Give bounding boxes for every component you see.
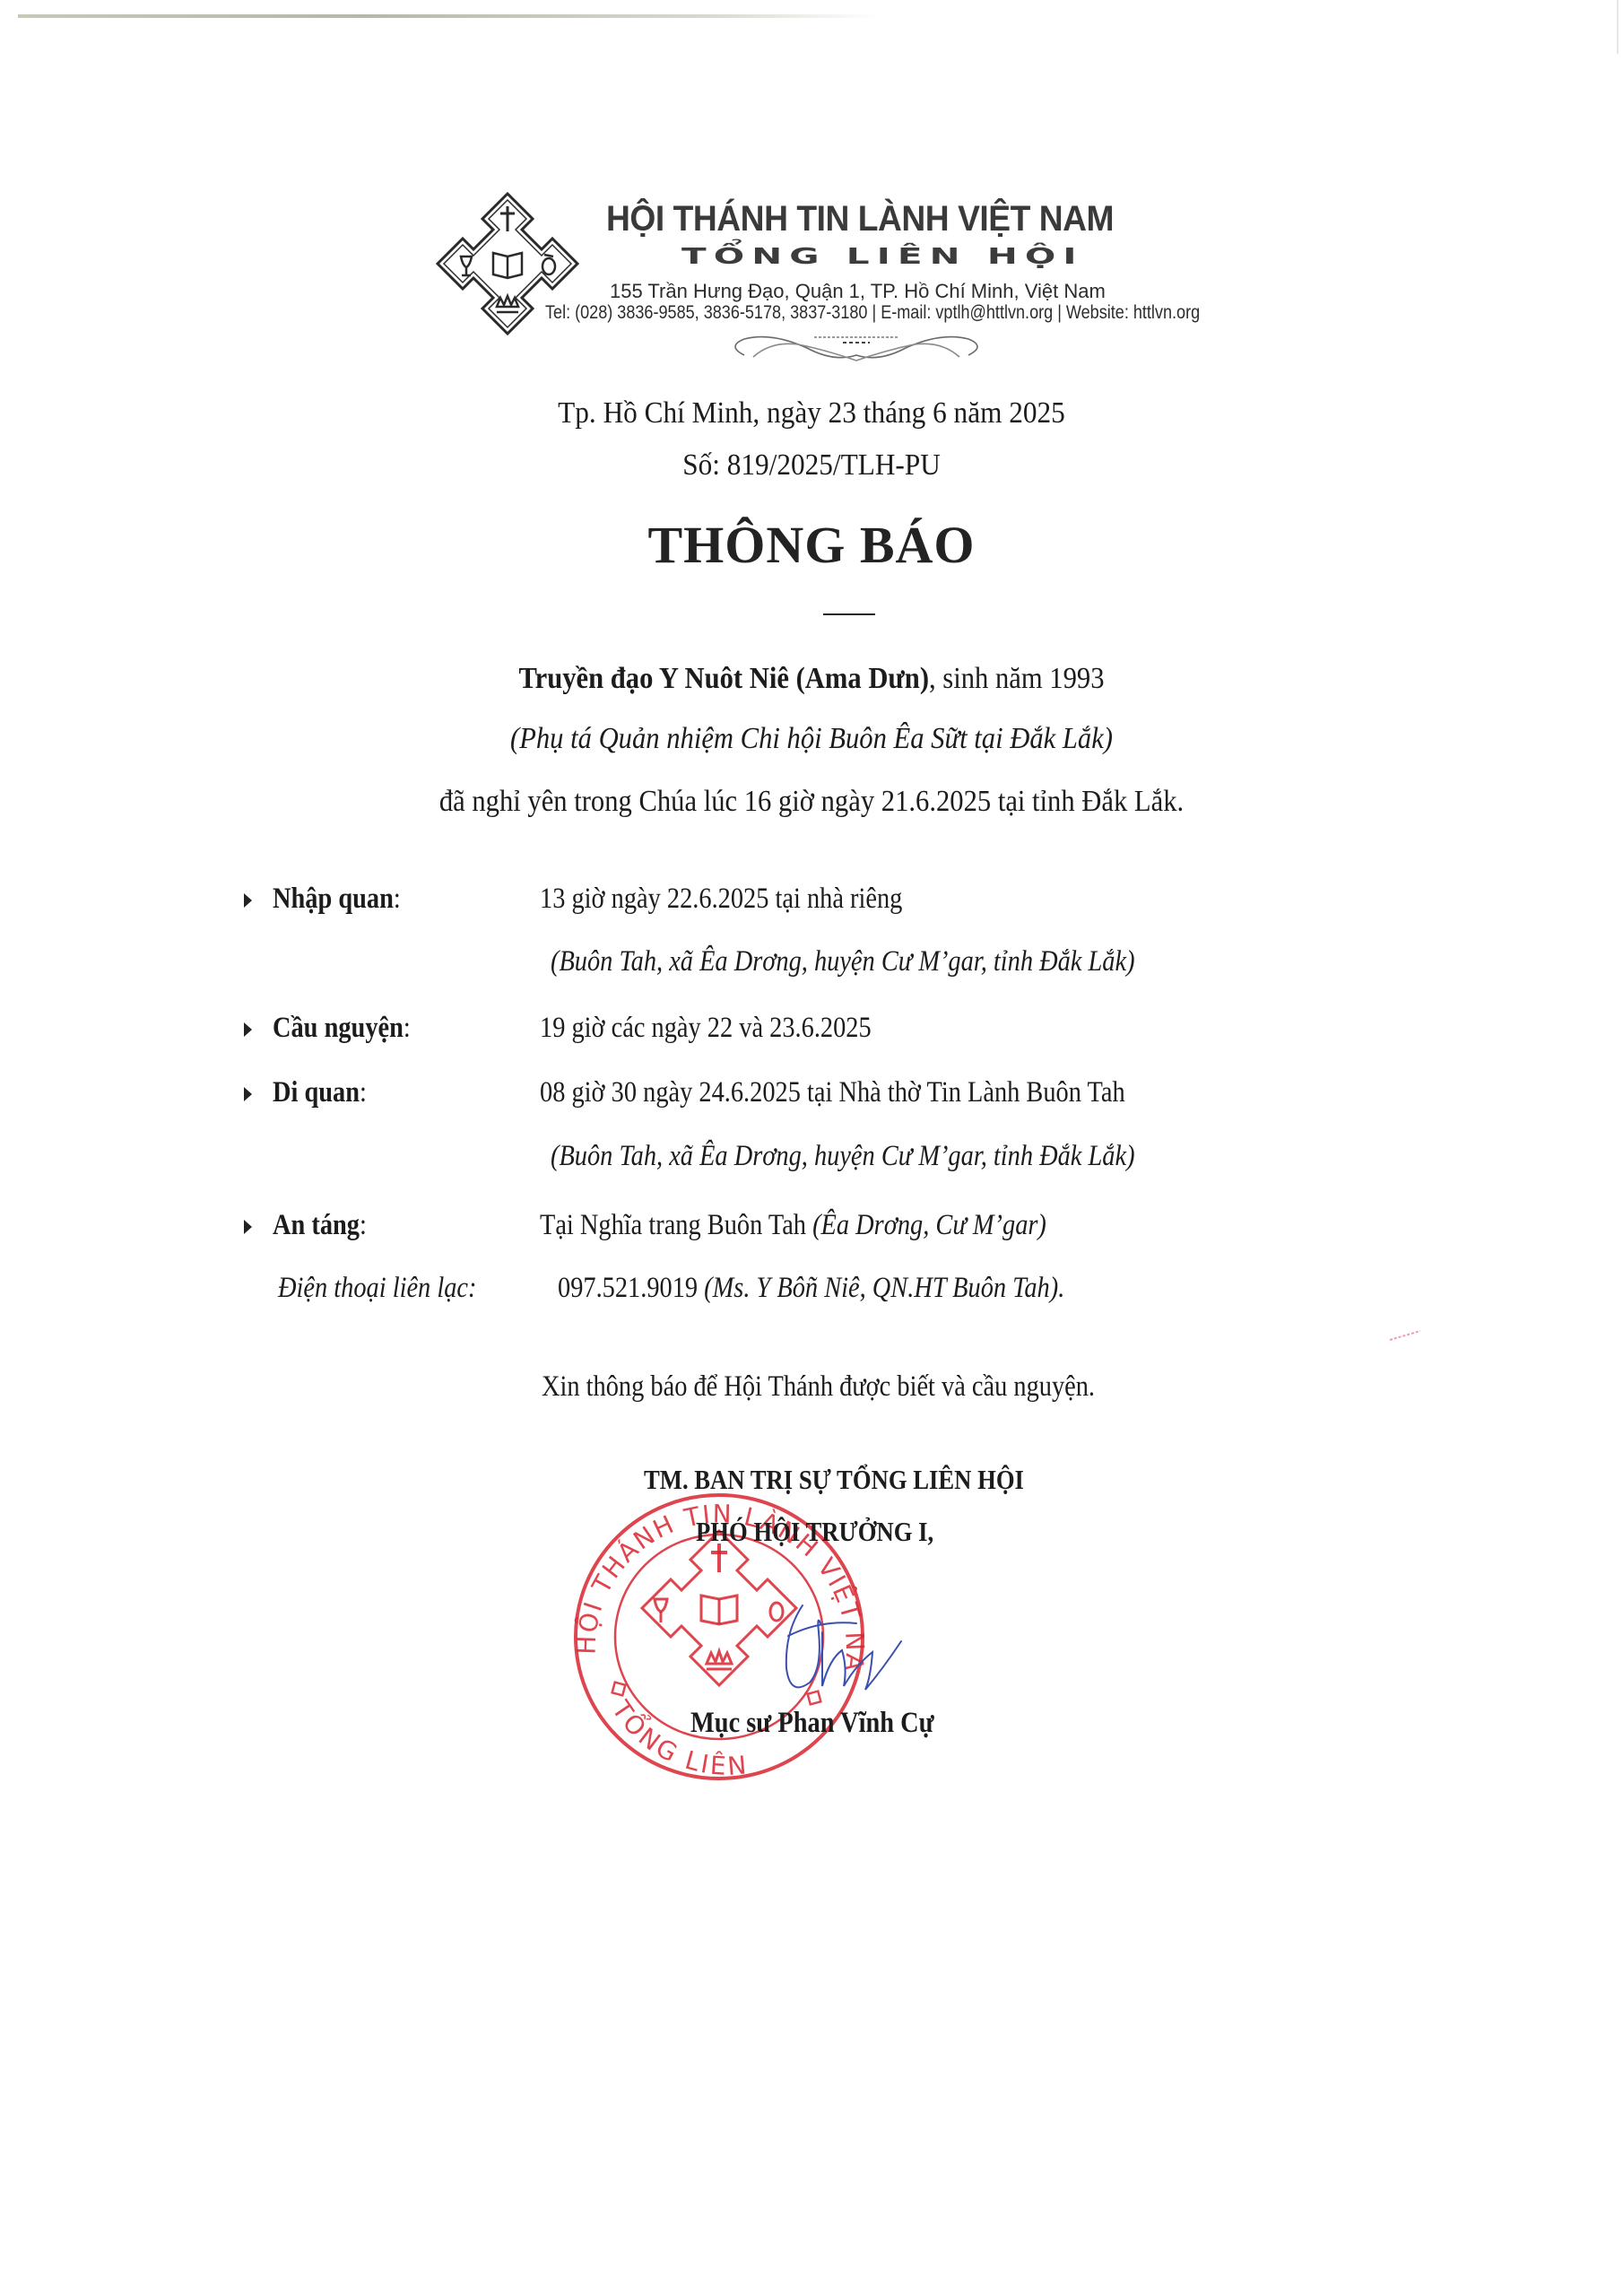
- birth-year: , sinh năm 1993: [929, 662, 1104, 695]
- signer-name: Mục sư Phan Vĩnh Cự: [690, 1707, 934, 1740]
- bullet-arrow-icon: [244, 893, 252, 908]
- schedule-label-encoffining: Nhập quan:: [273, 883, 401, 916]
- ink-speck: [1388, 1327, 1424, 1342]
- document-title: THÔNG BÁO: [0, 515, 1623, 575]
- schedule-value-encoffining: 13 giờ ngày 22.6.2025 tại nhà riêng: [540, 883, 902, 916]
- contact-label: Điện thoại liên lạc:: [278, 1272, 476, 1305]
- bullet-arrow-icon: [244, 1220, 252, 1234]
- deceased-role: (Phụ tá Quản nhiệm Chi hội Buôn Êa Sữt t…: [82, 722, 1542, 756]
- reference-number: Số: 819/2025/TLH-PU: [65, 448, 1558, 483]
- schedule-label-burial: An táng:: [273, 1209, 367, 1242]
- schedule-detail-encoffining: (Buôn Tah, xã Êa Drơng, huyện Cư M’gar, …: [551, 945, 1135, 978]
- bullet-arrow-icon: [244, 1087, 252, 1101]
- signature-on-behalf: TM. BAN TRỊ SỰ TỔNG LIÊN HỘI: [644, 1464, 1024, 1496]
- deceased-line: Truyền đạo Y Nuôt Niê (Ama Dưn), sinh nă…: [82, 662, 1542, 696]
- passing-info: đã nghỉ yên trong Chúa lúc 16 giờ ngày 2…: [82, 785, 1542, 819]
- handwritten-signature: [767, 1596, 910, 1713]
- closing-sentence: Xin thông báo để Hội Thánh được biết và …: [542, 1370, 1095, 1404]
- schedule-label-prayer: Cầu nguyện:: [273, 1012, 411, 1045]
- scan-edge-mark: [1617, 0, 1619, 54]
- organization-address: 155 Trần Hưng Đạo, Quận 1, TP. Hồ Chí Mi…: [610, 280, 1106, 303]
- schedule-label-procession: Di quan:: [273, 1076, 367, 1109]
- bullet-arrow-icon: [244, 1022, 252, 1037]
- sub-organization-name: TỔNG LIÊN HỘI: [681, 244, 1084, 270]
- scan-edge-line: [18, 14, 879, 18]
- title-underline: [823, 613, 875, 615]
- place-date: Tp. Hồ Chí Minh, ngày 23 tháng 6 năm 202…: [65, 396, 1558, 430]
- schedule-value-procession: 08 giờ 30 ngày 24.6.2025 tại Nhà thờ Tin…: [540, 1076, 1125, 1109]
- ornament-divider-icon: [708, 328, 1004, 368]
- deceased-name: Truyền đạo Y Nuôt Niê (Ama Dưn): [518, 662, 929, 695]
- schedule-detail-procession: (Buôn Tah, xã Êa Drơng, huyện Cư M’gar, …: [551, 1140, 1135, 1173]
- contact-phone: 097.521.9019: [558, 1272, 704, 1304]
- contact-value: 097.521.9019 (Ms. Y Bôñ Niê, QN.HT Buôn …: [558, 1272, 1064, 1305]
- signature-position: PHÓ HỘI TRƯỞNG I,: [696, 1516, 933, 1548]
- schedule-value-prayer: 19 giờ các ngày 22 và 23.6.2025: [540, 1012, 872, 1045]
- organization-name: HỘI THÁNH TIN LÀNH VIỆT NAM: [606, 199, 1124, 239]
- contact-person: (Ms. Y Bôñ Niê, QN.HT Buôn Tah).: [704, 1272, 1064, 1304]
- schedule-value-burial: Tại Nghĩa trang Buôn Tah (Êa Drơng, Cư M…: [540, 1209, 1046, 1242]
- organization-contact: Tel: (028) 3836-9585, 3836-5178, 3837-31…: [545, 302, 1200, 324]
